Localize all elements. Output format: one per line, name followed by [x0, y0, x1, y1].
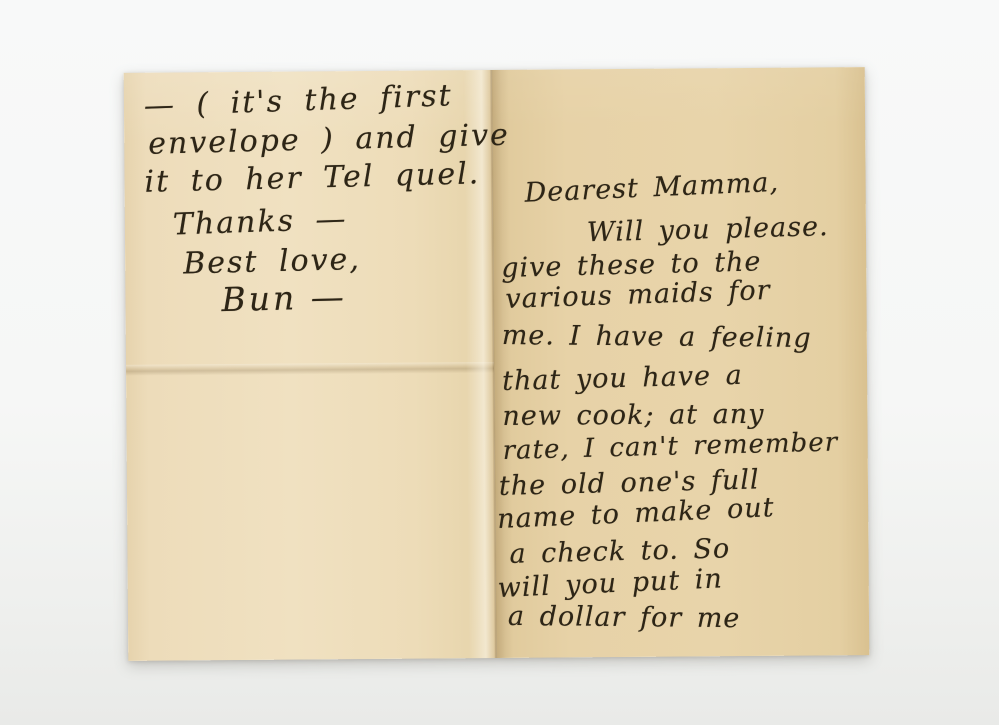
letter-paper: — ( it's the first envelope ) and give i… — [124, 67, 870, 661]
handwritten-line: Best love, — [183, 242, 362, 281]
handwritten-line: that you have a — [502, 360, 743, 397]
horizontal-fold-crease — [126, 362, 494, 376]
signature-line: Bun — — [221, 277, 347, 319]
handwritten-line: a dollar for me — [508, 601, 741, 634]
handwritten-line: Will you please. — [587, 211, 829, 248]
scan-background: — ( it's the first envelope ) and give i… — [0, 0, 999, 725]
handwritten-line: Thanks — — [172, 202, 348, 243]
handwritten-line: me. I have a feeling — [502, 320, 812, 354]
handwritten-line: new cook; at any — [502, 399, 764, 432]
